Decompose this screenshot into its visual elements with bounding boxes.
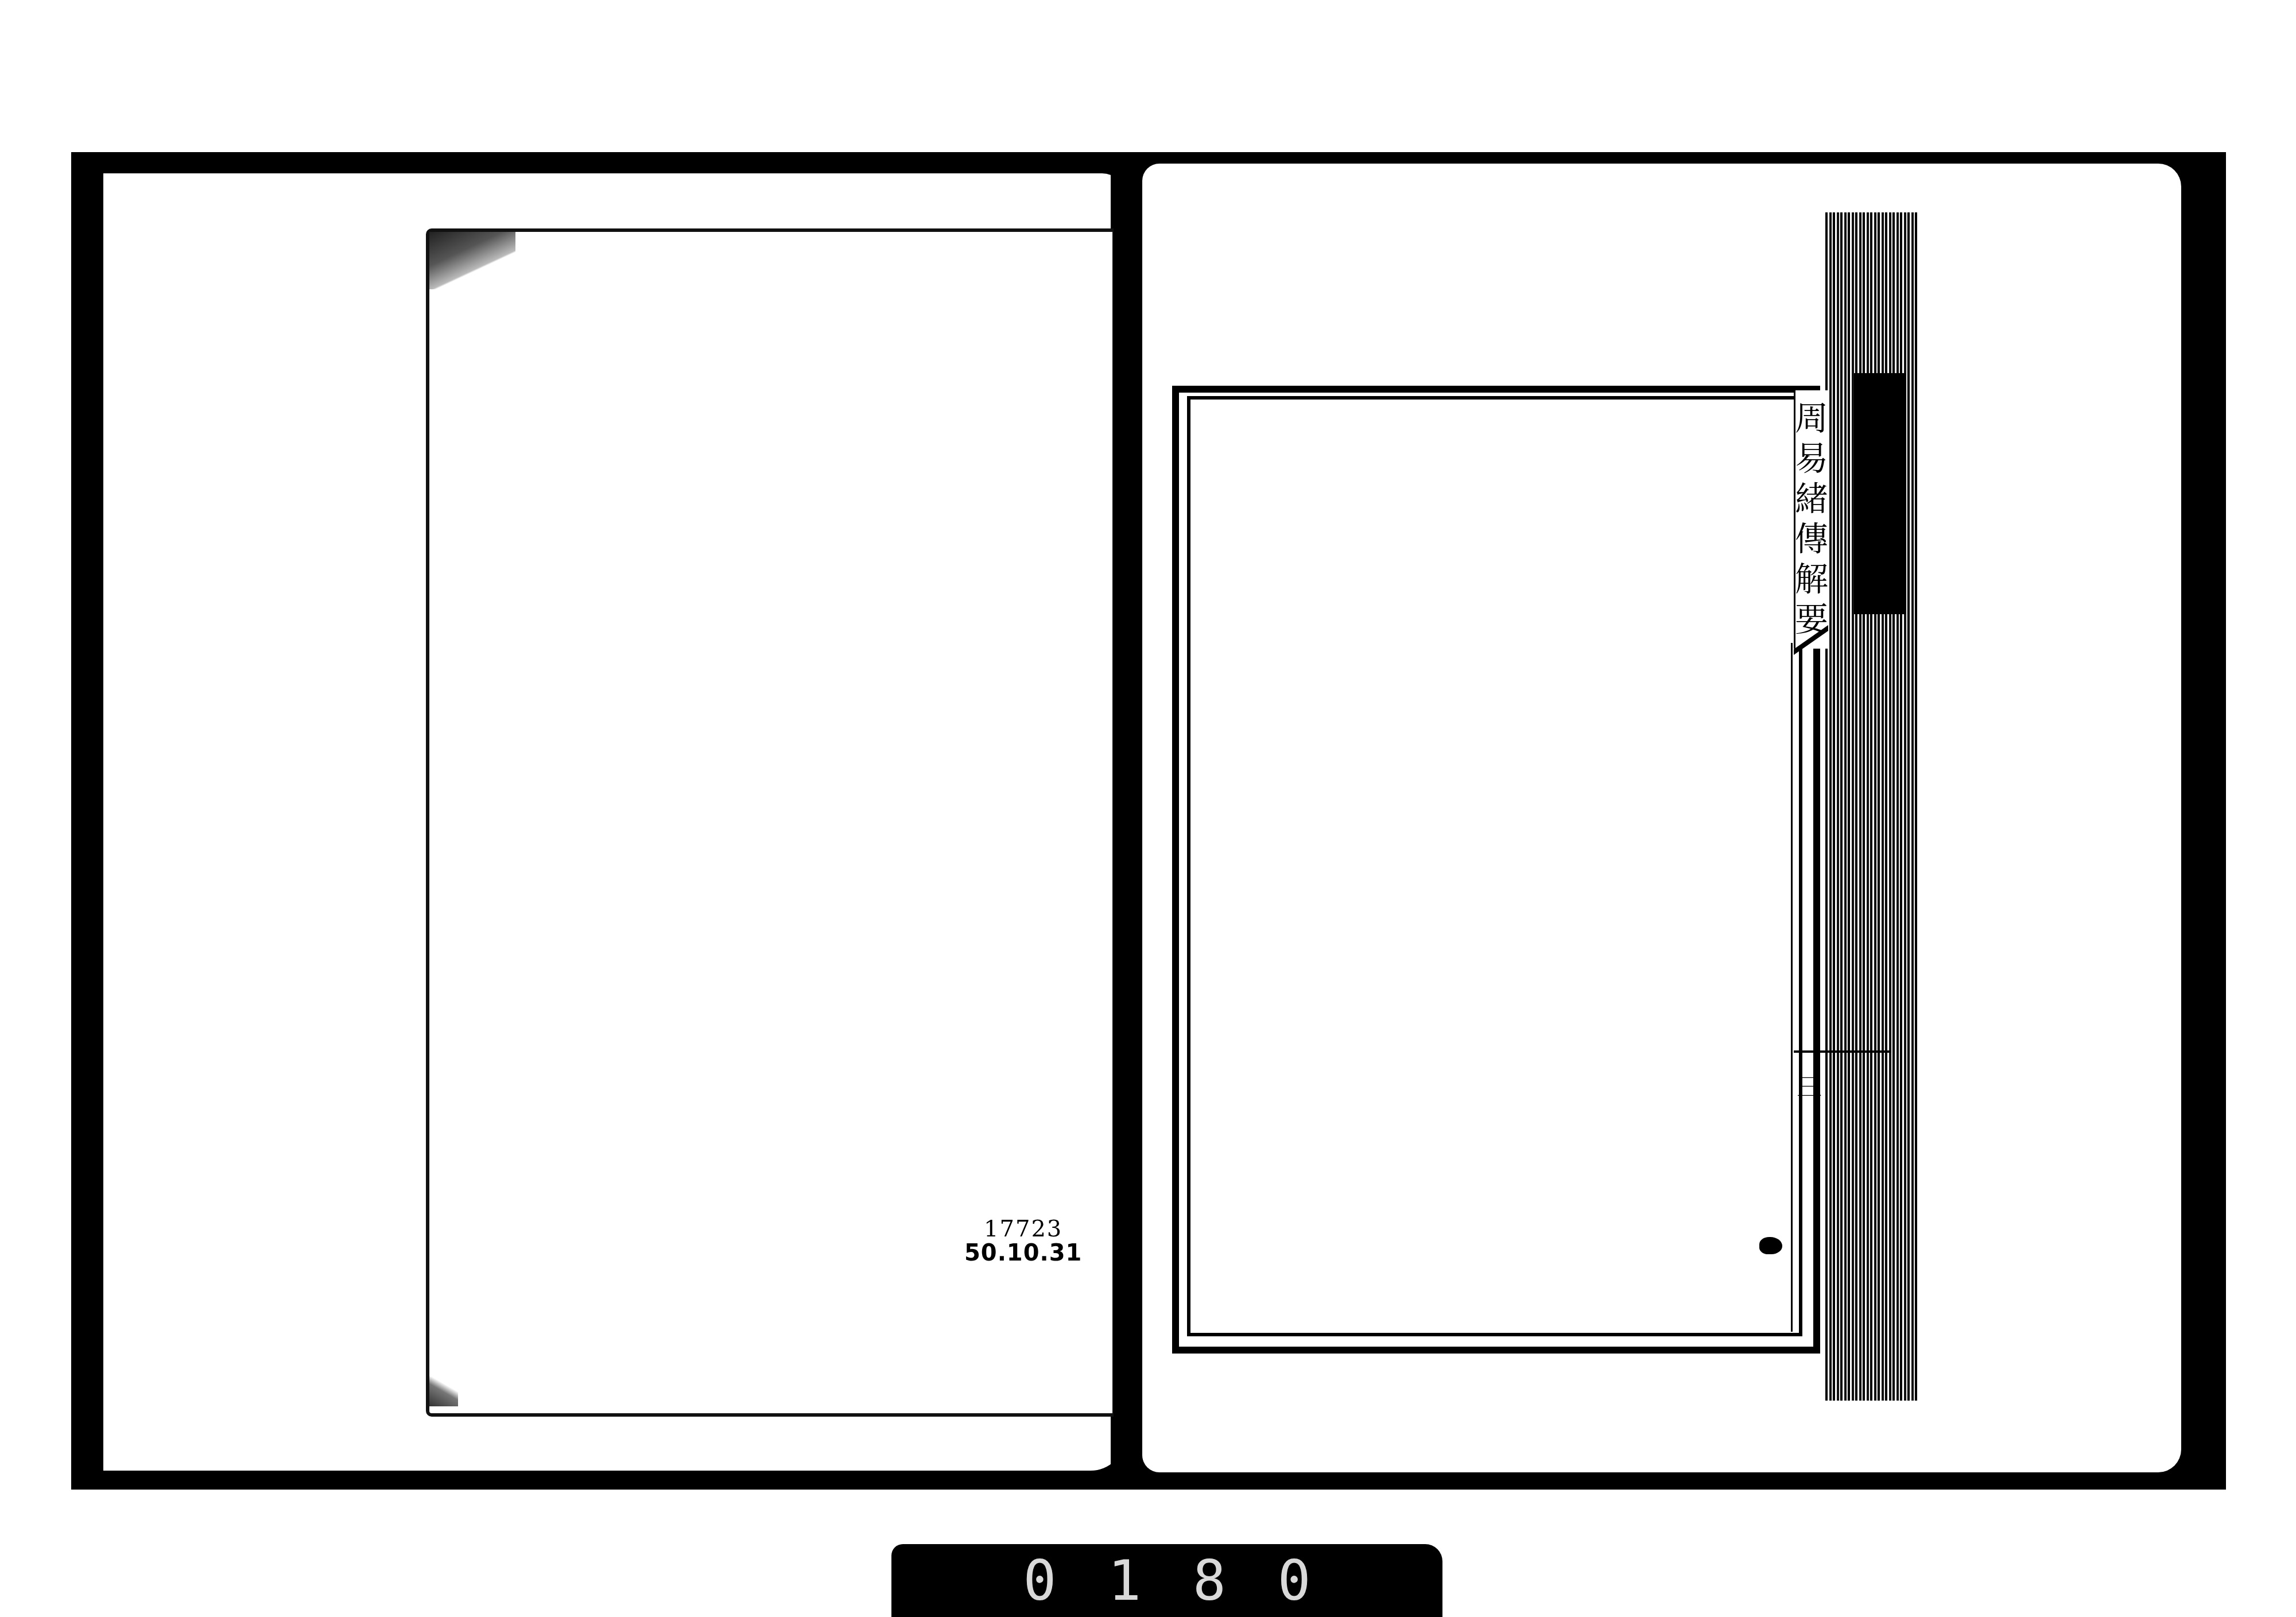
corner-protector-bottom-icon (429, 1366, 458, 1406)
faded-stamp (494, 1263, 850, 1401)
title-char: 緒 (1795, 482, 1828, 515)
film-frame-counter: 0180 (891, 1544, 1442, 1617)
accession-date: 50.10.31 (964, 1241, 1082, 1265)
corner-protector-top-icon (429, 232, 515, 289)
book-spine (1111, 161, 1142, 1487)
title-char: 傳 (1795, 522, 1828, 556)
cover-frame-inner (1187, 396, 1802, 1336)
volume-mark: 三 (1797, 1067, 1822, 1103)
title-label-strip: 周 易 緒 傳 解 要 (1794, 390, 1828, 649)
accession-number: 17723 (964, 1217, 1082, 1241)
volume-rule-line (1794, 1050, 1891, 1053)
label-column-rule (1791, 643, 1793, 1332)
title-char: 周 (1795, 402, 1828, 435)
fore-edge-shadow (1854, 373, 1906, 614)
accession-stamp: 17723 50.10.31 (964, 1217, 1082, 1265)
title-char: 解 (1795, 563, 1828, 596)
title-char: 易 (1795, 442, 1828, 475)
counter-digits: 0180 (971, 1549, 1362, 1613)
ink-blot (1759, 1237, 1782, 1254)
